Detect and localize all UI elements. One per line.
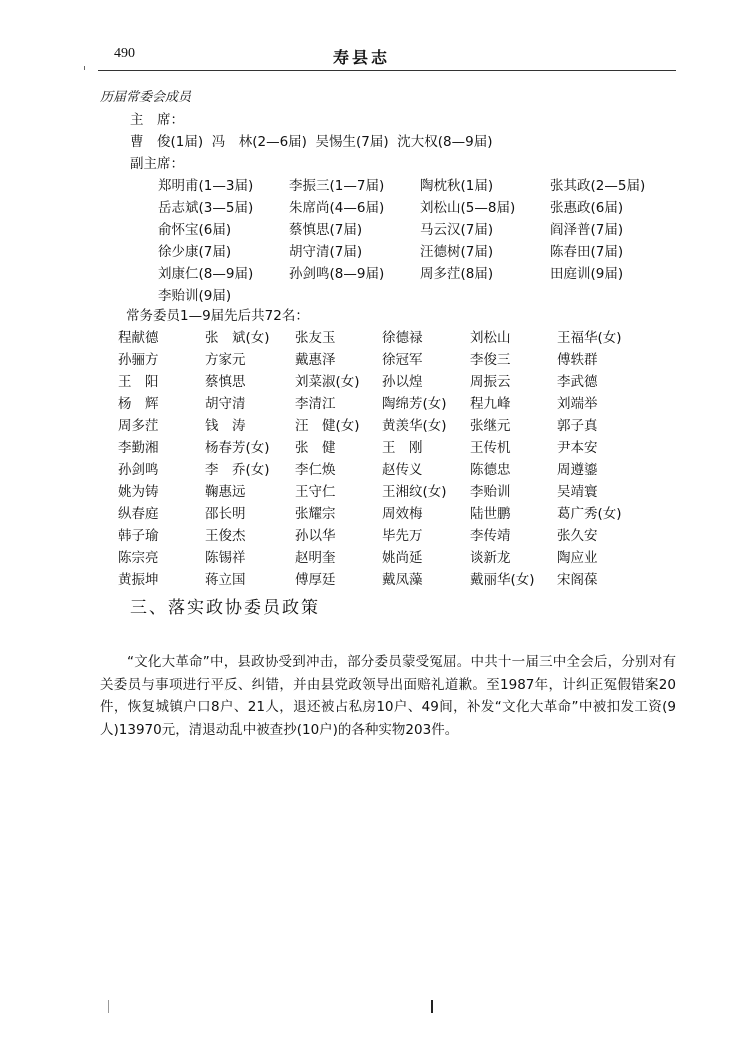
standing-member: 李传靖	[470, 524, 511, 544]
standing-member: 张久安	[557, 524, 598, 544]
standing-member: 徐冠军	[382, 348, 423, 368]
standing-member: 陶绵芳(女)	[382, 392, 447, 412]
standing-member: 张 斌(女)	[205, 326, 270, 346]
standing-member: 姚尚延	[382, 546, 423, 566]
standing-member: 赵传义	[382, 458, 423, 478]
standing-member: 纵春庭	[118, 502, 159, 522]
vice-chairman: 胡守清(7届)	[289, 240, 362, 260]
vice-chairman: 张其政(2—5届)	[550, 174, 645, 194]
vice-chairman: 郑明甫(1—3届)	[158, 174, 253, 194]
standing-member: 孙以煌	[382, 370, 423, 390]
page-number: 490	[114, 46, 135, 62]
standing-member: 李清江	[295, 392, 336, 412]
standing-member: 姚为铸	[118, 480, 159, 500]
scan-artifact-mark	[108, 1000, 109, 1013]
standing-member: 刘菜淑(女)	[295, 370, 360, 390]
standing-member: 孙剑鸣	[118, 458, 159, 478]
section-title-members: 历届常委会成员	[100, 86, 191, 105]
vice-chairman: 俞怀宝(6届)	[158, 218, 231, 238]
vice-chairman: 田庭训(9届)	[550, 262, 623, 282]
standing-member: 徐德禄	[382, 326, 423, 346]
standing-member: 李贻训	[470, 480, 511, 500]
scan-artifact-mark	[431, 1000, 433, 1013]
standing-member: 张耀宗	[295, 502, 336, 522]
vice-chairman: 孙剑鸣(8—9届)	[289, 262, 384, 282]
standing-members-label: 常务委员1—9届先后共72名：	[126, 304, 309, 324]
vice-chairman: 刘康仁(8—9届)	[158, 262, 253, 282]
standing-member: 邵长明	[205, 502, 246, 522]
standing-member: 张 健	[295, 436, 336, 456]
vice-chairman: 汪德树(7届)	[420, 240, 493, 260]
standing-member: 陈德忠	[470, 458, 511, 478]
vice-chairman: 陶枕秋(1届)	[420, 174, 493, 194]
standing-member: 谈新龙	[470, 546, 511, 566]
standing-member: 胡守清	[205, 392, 246, 412]
standing-member: 戴凤藻	[382, 568, 423, 588]
standing-member: 郭子真	[557, 414, 598, 434]
standing-member: 傅厚廷	[295, 568, 336, 588]
standing-member: 李 乔(女)	[205, 458, 270, 478]
standing-member: 蒋立国	[205, 568, 246, 588]
section-heading-policy: 三、落实政协委员政策	[130, 593, 320, 618]
standing-member: 李仁焕	[295, 458, 336, 478]
standing-member: 李勤湘	[118, 436, 159, 456]
standing-member: 张友玉	[295, 326, 336, 346]
standing-member: 李武德	[557, 370, 598, 390]
standing-member: 陈锡祥	[205, 546, 246, 566]
vice-chairman: 刘松山(5—8届)	[420, 196, 515, 216]
standing-member: 吴靖寰	[557, 480, 598, 500]
vice-chairman: 徐少康(7届)	[158, 240, 231, 260]
vice-chairman: 蔡慎思(7届)	[289, 218, 362, 238]
standing-member: 宋阁葆	[557, 568, 598, 588]
standing-member: 赵明奎	[295, 546, 336, 566]
standing-member: 毕先万	[382, 524, 423, 544]
standing-member: 孙以华	[295, 524, 336, 544]
policy-paragraph: “文化大革命”中，县政协受到冲击，部分委员蒙受冤屈。中共十一届三中全会后，分别对…	[100, 651, 676, 741]
vice-chairman: 阎泽普(7届)	[550, 218, 623, 238]
chairman-label: 主 席：	[130, 108, 184, 128]
standing-member: 周振云	[470, 370, 511, 390]
standing-member: 王传机	[470, 436, 511, 456]
standing-member: 李俊三	[470, 348, 511, 368]
vice-chairman: 陈春田(7届)	[550, 240, 623, 260]
chairman: 沈大权(8—9届)	[397, 134, 492, 150]
standing-member: 周效梅	[382, 502, 423, 522]
vice-chairman: 李贻训(9届)	[158, 284, 231, 304]
standing-member: 张继元	[470, 414, 511, 434]
chairman: 曹 俊(1届)	[130, 134, 203, 150]
chairmen-list: 曹 俊(1届) 冯 林(2—6届) 吴惕生(7届) 沈大权(8—9届)	[130, 130, 492, 150]
standing-member: 杨 辉	[118, 392, 159, 412]
standing-member: 王俊杰	[205, 524, 246, 544]
standing-member: 陶应业	[557, 546, 598, 566]
vice-chairman: 周多茳(8届)	[420, 262, 493, 282]
standing-member: 钱 涛	[205, 414, 246, 434]
running-title: 寿县志	[333, 45, 390, 68]
standing-member: 王 刚	[382, 436, 423, 456]
chairman: 吴惕生(7届)	[316, 134, 389, 150]
standing-member: 戴惠泽	[295, 348, 336, 368]
standing-member: 王 阳	[118, 370, 159, 390]
standing-member: 陈宗亮	[118, 546, 159, 566]
standing-member: 程献德	[118, 326, 159, 346]
standing-member: 黄羡华(女)	[382, 414, 447, 434]
standing-member: 周多茳	[118, 414, 159, 434]
scan-edge-mark	[84, 66, 85, 70]
standing-member: 蔡慎思	[205, 370, 246, 390]
standing-member: 王湘纹(女)	[382, 480, 447, 500]
vice-chairman-label: 副主席：	[130, 152, 184, 172]
standing-member: 陆世鹏	[470, 502, 511, 522]
standing-member: 傅轶群	[557, 348, 598, 368]
vice-chairman: 朱席尚(4—6届)	[289, 196, 384, 216]
standing-member: 尹本安	[557, 436, 598, 456]
standing-member: 周遵鎏	[557, 458, 598, 478]
standing-member: 黄振坤	[118, 568, 159, 588]
standing-member: 王福华(女)	[557, 326, 622, 346]
standing-member: 程九峰	[470, 392, 511, 412]
standing-member: 戴丽华(女)	[470, 568, 535, 588]
standing-member: 刘端举	[557, 392, 598, 412]
standing-member: 汪 健(女)	[295, 414, 360, 434]
chairman: 冯 林(2—6届)	[212, 134, 307, 150]
standing-member: 葛广秀(女)	[557, 502, 622, 522]
standing-member: 孙骊方	[118, 348, 159, 368]
standing-member: 刘松山	[470, 326, 511, 346]
standing-member: 韩子瑜	[118, 524, 159, 544]
vice-chairman: 马云汉(7届)	[420, 218, 493, 238]
standing-member: 王守仁	[295, 480, 336, 500]
standing-member: 杨春芳(女)	[205, 436, 270, 456]
vice-chairman: 李振三(1—7届)	[289, 174, 384, 194]
vice-chairman: 张惠政(6届)	[550, 196, 623, 216]
vice-chairman: 岳志斌(3—5届)	[158, 196, 253, 216]
standing-member: 鞠惠远	[205, 480, 246, 500]
standing-member: 方家元	[205, 348, 246, 368]
header-rule	[98, 70, 676, 71]
